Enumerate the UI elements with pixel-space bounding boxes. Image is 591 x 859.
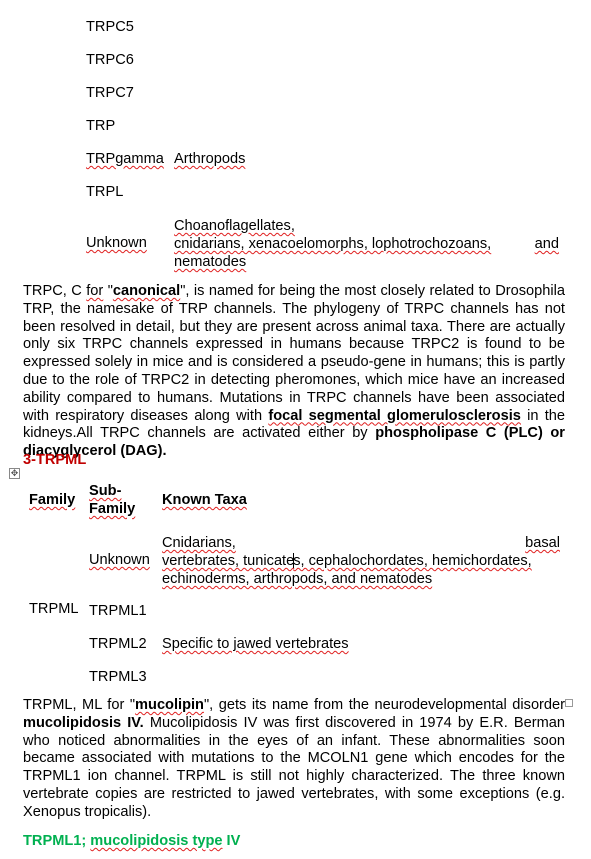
- header-family: Family: [29, 492, 75, 508]
- header-subfamily-line2: Family: [89, 501, 135, 517]
- subfamily-cell: TRPML2: [89, 636, 147, 652]
- subfamily-cell: Unknown: [86, 235, 147, 251]
- taxa-cell: Cnidarians,basal vertebrates, tunicates,…: [162, 534, 560, 588]
- section-heading-trpml: 3-TRPML: [23, 452, 86, 468]
- subfamily-cell: TRPL: [86, 184, 123, 200]
- section-heading-trpml1: TRPML1; mucolipidosis type IV: [23, 833, 240, 849]
- subfamily-cell: TRPC5: [86, 19, 134, 35]
- subfamily-cell: TRPML3: [89, 669, 147, 685]
- subfamily-cell: TRP: [86, 118, 115, 134]
- subfamily-cell: TRPgamma: [86, 151, 164, 167]
- subfamily-cell: TRPC6: [86, 52, 134, 68]
- family-cell: TRPML: [29, 601, 78, 617]
- table-move-handle-icon[interactable]: ✥: [9, 468, 20, 479]
- taxa-cell: Specific to jawed vertebrates: [162, 636, 349, 652]
- header-known-taxa: Known Taxa: [162, 492, 247, 508]
- taxa-cell: Choanoflagellates, cnidarians, xenacoelo…: [174, 217, 559, 271]
- subfamily-cell: TRPC7: [86, 85, 134, 101]
- trpml-description-paragraph: TRPML, ML for "mucolipin", gets its name…: [23, 697, 565, 822]
- paragraph-mark-icon: [565, 699, 573, 707]
- subfamily-cell: Unknown: [89, 552, 150, 568]
- subfamily-cell: TRPML1: [89, 603, 147, 619]
- taxa-cell: Arthropods: [174, 151, 245, 167]
- header-subfamily-line1: Sub-: [89, 483, 121, 499]
- trpc-description-paragraph: TRPC, C for "canonical", is named for be…: [23, 283, 565, 461]
